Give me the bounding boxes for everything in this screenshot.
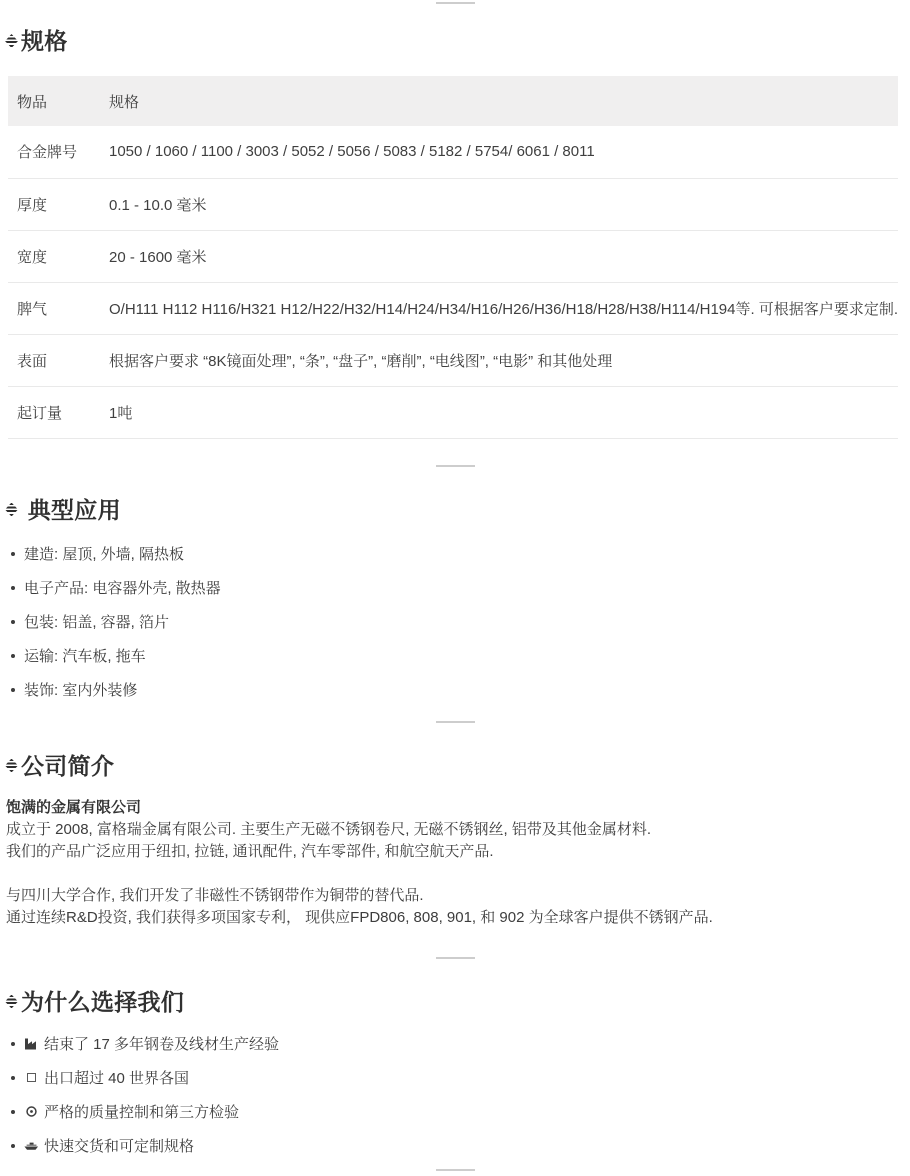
- bullet-dot: [11, 552, 15, 556]
- company-paragraph-line: 通过连续R&D投资, 我们获得多项国家专利， 现供应FPD806, 808, 9…: [6, 907, 898, 929]
- col-header-item: 物品: [8, 76, 100, 126]
- product-detail-page: 规格 物品 规格 合金牌号 1050 / 1060 / 1100 / 3003 …: [0, 2, 910, 1171]
- company-paragraph-line: 成立于 2008, 富格瑞金属有限公司. 主要生产无磁不锈钢卷尺, 无磁不锈钢丝…: [6, 819, 898, 841]
- table-row: 表面 根据客户要求 “8K镜面处理”, “条”, “盘子”, “磨削”, “电线…: [8, 334, 898, 386]
- company-paragraph-line: 我们的产品广泛应用于纽扣, 拉链, 通讯配件, 汽车零部件, 和航空航天产品.: [6, 841, 898, 863]
- spec-value: 根据客户要求 “8K镜面处理”, “条”, “盘子”, “磨削”, “电线图”,…: [100, 334, 898, 386]
- section-divider: [436, 2, 475, 4]
- application-text: 建造: 屋顶, 外墙, 隔热板: [24, 543, 184, 564]
- globe-box-icon: [24, 1071, 39, 1085]
- bullet-dot: [11, 586, 15, 590]
- bullet-dot: [11, 1076, 15, 1080]
- section-divider: [436, 465, 475, 467]
- spec-section: 规格 物品 规格 合金牌号 1050 / 1060 / 1100 / 3003 …: [0, 26, 910, 439]
- spec-label: 表面: [8, 334, 100, 386]
- spec-label: 脾气: [8, 282, 100, 334]
- list-item: 电子产品: 电容器外壳, 散热器: [0, 571, 910, 605]
- company-paragraph-line: 与四川大学合作, 我们开发了非磁性不锈钢带作为铜带的替代品.: [6, 885, 898, 907]
- factory-icon: [24, 1037, 39, 1051]
- applications-section: 典型应用 建造: 屋顶, 外墙, 隔热板 电子产品: 电容器外壳, 散热器 包装…: [0, 495, 910, 707]
- spec-value: 20 - 1600 毫米: [100, 230, 898, 282]
- application-text: 装饰: 室内外装修: [24, 679, 137, 700]
- bullet-dot: [11, 1042, 15, 1046]
- why-us-text: 快速交货和可定制规格: [44, 1135, 194, 1156]
- list-item: 包装: 铝盖, 容器, 箔片: [0, 605, 910, 639]
- section-title-text: 规格: [21, 26, 68, 56]
- section-divider: [436, 721, 475, 723]
- applications-section-title: 典型应用: [5, 495, 910, 525]
- bullet-dot: [11, 1110, 15, 1114]
- paragraph-spacer: [6, 863, 898, 885]
- section-title-text: 公司简介: [21, 751, 114, 781]
- globe-box-glyph: [27, 1073, 36, 1082]
- list-item: 装饰: 室内外装修: [0, 673, 910, 707]
- why-us-list: 结束了 17 多年钢卷及线材生产经验 出口超过 40 世界各国 严格的质量控制和…: [0, 1027, 910, 1163]
- company-section: 公司简介 饱满的金属有限公司 成立于 2008, 富格瑞金属有限公司. 主要生产…: [0, 751, 910, 929]
- spec-label: 宽度: [8, 230, 100, 282]
- spec-section-title: 规格: [5, 26, 910, 56]
- diamond-stripe-icon: [5, 503, 18, 517]
- quality-circle-icon: [24, 1105, 39, 1119]
- diamond-stripe-icon: [5, 995, 18, 1009]
- application-text: 电子产品: 电容器外壳, 散热器: [24, 577, 221, 598]
- diamond-stripe-icon: [5, 34, 18, 48]
- spec-label: 合金牌号: [8, 126, 100, 178]
- spec-table-header-row: 物品 规格: [8, 76, 898, 126]
- spec-table: 物品 规格 合金牌号 1050 / 1060 / 1100 / 3003 / 5…: [8, 76, 898, 439]
- spec-label: 起订量: [8, 386, 100, 438]
- spec-value: 1吨: [100, 386, 898, 438]
- company-name: 饱满的金属有限公司: [6, 797, 898, 819]
- why-us-section-title: 为什么选择我们: [5, 987, 910, 1017]
- list-item: 出口超过 40 世界各国: [0, 1061, 910, 1095]
- why-us-text: 出口超过 40 世界各国: [44, 1067, 189, 1088]
- table-row: 宽度 20 - 1600 毫米: [8, 230, 898, 282]
- bullet-dot: [11, 654, 15, 658]
- spec-label: 厚度: [8, 178, 100, 230]
- list-item: 运输: 汽车板, 拖车: [0, 639, 910, 673]
- col-header-spec: 规格: [100, 76, 898, 126]
- spec-value: 0.1 - 10.0 毫米: [100, 178, 898, 230]
- application-text: 包装: 铝盖, 容器, 箔片: [24, 611, 169, 632]
- applications-list: 建造: 屋顶, 外墙, 隔热板 电子产品: 电容器外壳, 散热器 包装: 铝盖,…: [0, 537, 910, 707]
- application-text: 运输: 汽车板, 拖车: [24, 645, 146, 666]
- table-row: 厚度 0.1 - 10.0 毫米: [8, 178, 898, 230]
- spec-value: 1050 / 1060 / 1100 / 3003 / 5052 / 5056 …: [100, 126, 898, 178]
- company-section-title: 公司简介: [5, 751, 910, 781]
- table-row: 脾气 O/H111 H112 H116/H321 H12/H22/H32/H14…: [8, 282, 898, 334]
- why-us-text: 结束了 17 多年钢卷及线材生产经验: [44, 1033, 279, 1054]
- table-row: 起订量 1吨: [8, 386, 898, 438]
- company-profile-text: 饱满的金属有限公司 成立于 2008, 富格瑞金属有限公司. 主要生产无磁不锈钢…: [6, 797, 898, 929]
- list-item: 快速交货和可定制规格: [0, 1129, 910, 1163]
- bullet-dot: [11, 620, 15, 624]
- section-title-text: 为什么选择我们: [21, 987, 184, 1017]
- bullet-dot: [11, 1144, 15, 1148]
- bullet-dot: [11, 688, 15, 692]
- section-title-text: 典型应用: [21, 495, 121, 525]
- section-divider: [436, 1169, 475, 1171]
- list-item: 建造: 屋顶, 外墙, 隔热板: [0, 537, 910, 571]
- ship-icon: [24, 1139, 39, 1153]
- list-item: 结束了 17 多年钢卷及线材生产经验: [0, 1027, 910, 1061]
- why-us-section: 为什么选择我们 结束了 17 多年钢卷及线材生产经验 出口超过 40 世界各国: [0, 987, 910, 1163]
- table-row: 合金牌号 1050 / 1060 / 1100 / 3003 / 5052 / …: [8, 126, 898, 178]
- list-item: 严格的质量控制和第三方检验: [0, 1095, 910, 1129]
- section-divider: [436, 957, 475, 959]
- spec-value: O/H111 H112 H116/H321 H12/H22/H32/H14/H2…: [100, 282, 898, 334]
- diamond-stripe-icon: [5, 759, 18, 773]
- why-us-text: 严格的质量控制和第三方检验: [44, 1101, 239, 1122]
